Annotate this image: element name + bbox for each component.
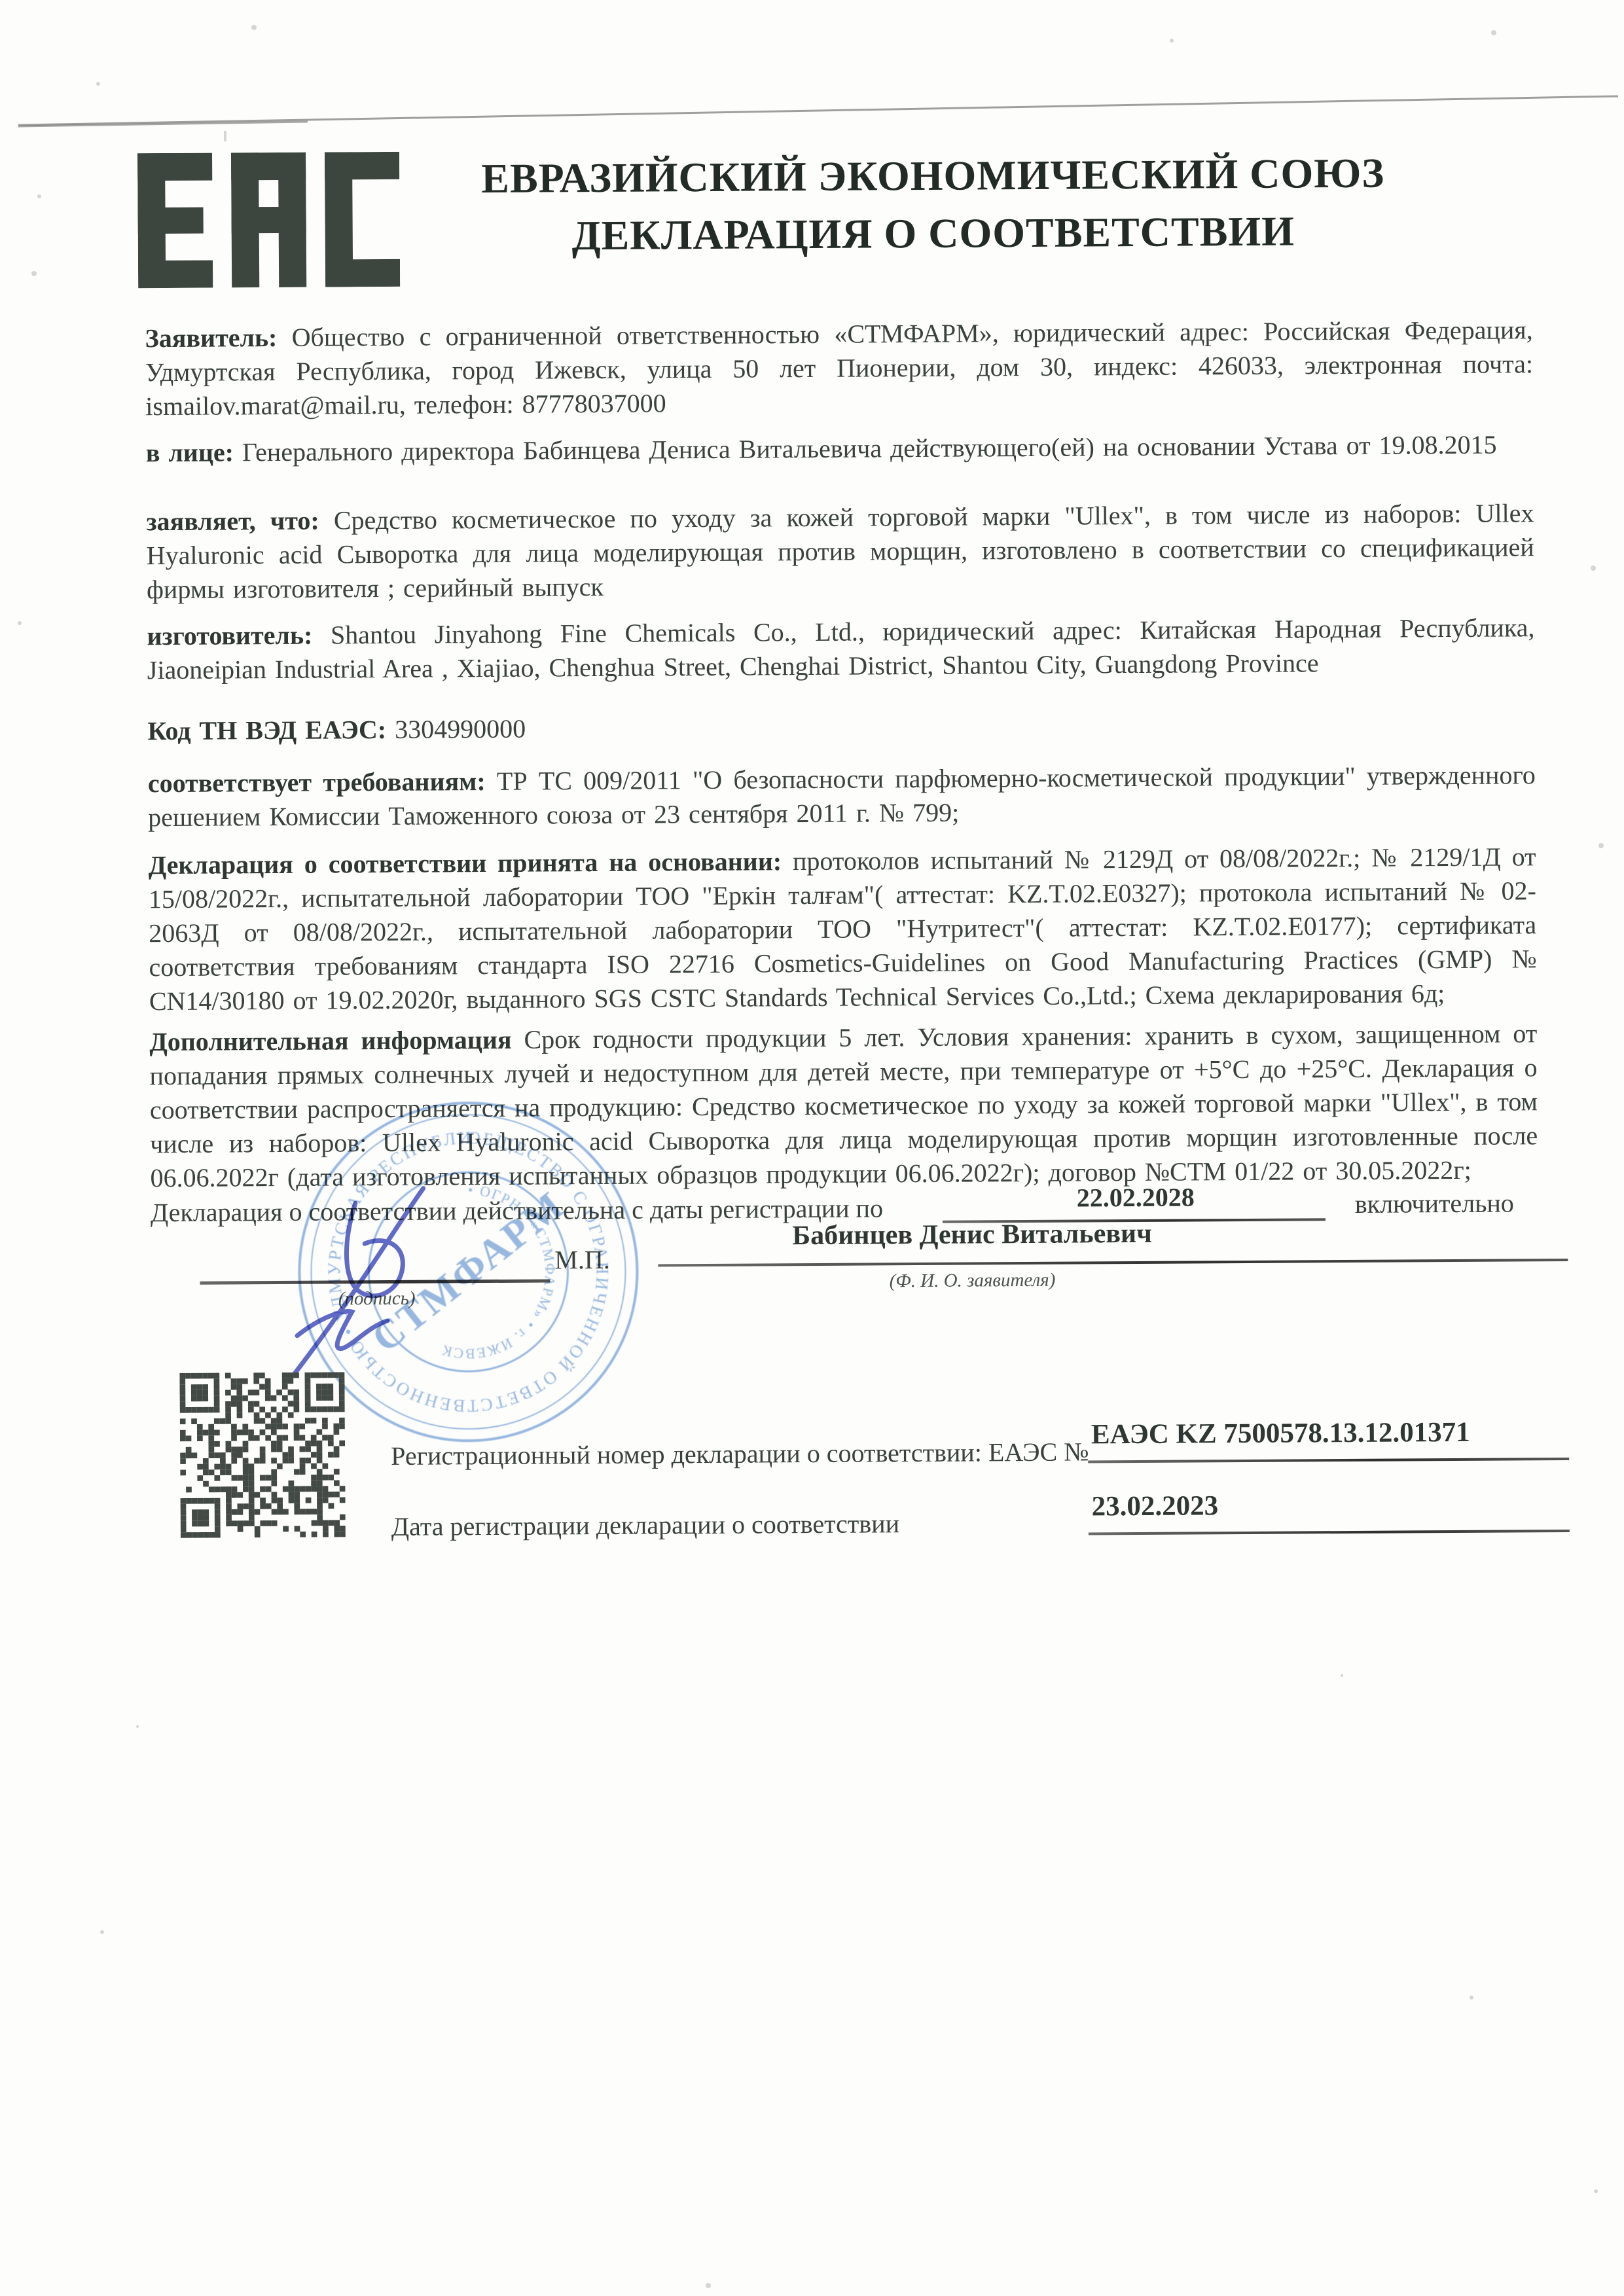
qr-code [179,1372,346,1538]
registration-number-underline [1088,1458,1569,1463]
applicant-text: Общество с ограниченной ответственностью… [145,315,1533,421]
paragraph-basis: Декларация о соответствии принята на осн… [148,840,1537,1018]
validity-date: 22.02.2028 [946,1180,1326,1215]
title-line-2: ДЕКЛАРАЦИЯ О СООТВЕТСТВИИ [423,202,1445,266]
paragraph-in-person: в лице: Генерального директора Бабинцева… [146,427,1534,470]
validity-suffix: включительно [1355,1187,1514,1220]
document-body: Заявитель: Общество с ограниченной ответ… [145,313,1538,1195]
document-page: ЕВРАЗИЙСКИЙ ЭКОНОМИЧЕСКИЙ СОЮЗ ДЕКЛАРАЦИ… [0,0,1624,2296]
basis-label: Декларация о соответствии принята на осн… [148,846,782,880]
eac-logo [137,152,400,288]
signer-name: Бабинцев Денис Витальевич [677,1217,1267,1252]
registration-number-value: ЕАЭС KZ 7500578.13.12.01371 [1091,1416,1470,1451]
manufacturer-text: Shantou Jinyahong Fine Chemicals Co., Lt… [147,613,1535,685]
registration-number-label: Регистрационный номер декларации о соотв… [391,1435,1089,1473]
signer-caption: (Ф. И. О. заявителя) [697,1268,1247,1293]
paragraph-tnved-code: Код ТН ВЭД ЕАЭС: 3304990000 [147,706,1535,748]
applicant-label: Заявитель: [145,323,278,353]
declares-text: Средство косметическое по уходу за кожей… [147,498,1534,604]
paragraph-applicant: Заявитель: Общество с ограниченной ответ… [145,313,1534,423]
registration-date-label: Дата регистрации декларации о соответств… [391,1507,900,1543]
paragraph-complies: соответствует требованиям: ТР ТС 009/201… [148,758,1536,834]
title-line-1: ЕВРАЗИЙСКИЙ ЭКОНОМИЧЕСКИЙ СОЮЗ [422,144,1444,208]
paragraph-manufacturer: изготовитель: Shantou Jinyahong Fine Che… [147,611,1535,687]
paragraph-declares: заявляет, что: Средство косметическое по… [146,496,1534,607]
complies-label: соответствует требованиям: [148,766,486,798]
in-person-label: в лице: [146,437,234,467]
document-title: ЕВРАЗИЙСКИЙ ЭКОНОМИЧЕСКИЙ СОЮЗ ДЕКЛАРАЦИ… [422,144,1444,266]
in-person-text: Генерального директора Бабинцева Дениса … [242,430,1497,467]
manufacturer-label: изготовитель: [147,620,312,651]
handwritten-signature [259,1180,456,1384]
registration-date-underline [1089,1530,1570,1535]
tnved-value: 3304990000 [395,714,526,744]
eac-mark-letters [137,152,400,288]
additional-info-label: Дополнительная информация [149,1025,512,1056]
signer-name-underline [658,1259,1568,1266]
registration-date-value: 23.02.2023 [1091,1490,1218,1522]
tnved-label: Код ТН ВЭД ЕАЭС: [147,715,386,745]
declares-label: заявляет, что: [146,506,319,537]
